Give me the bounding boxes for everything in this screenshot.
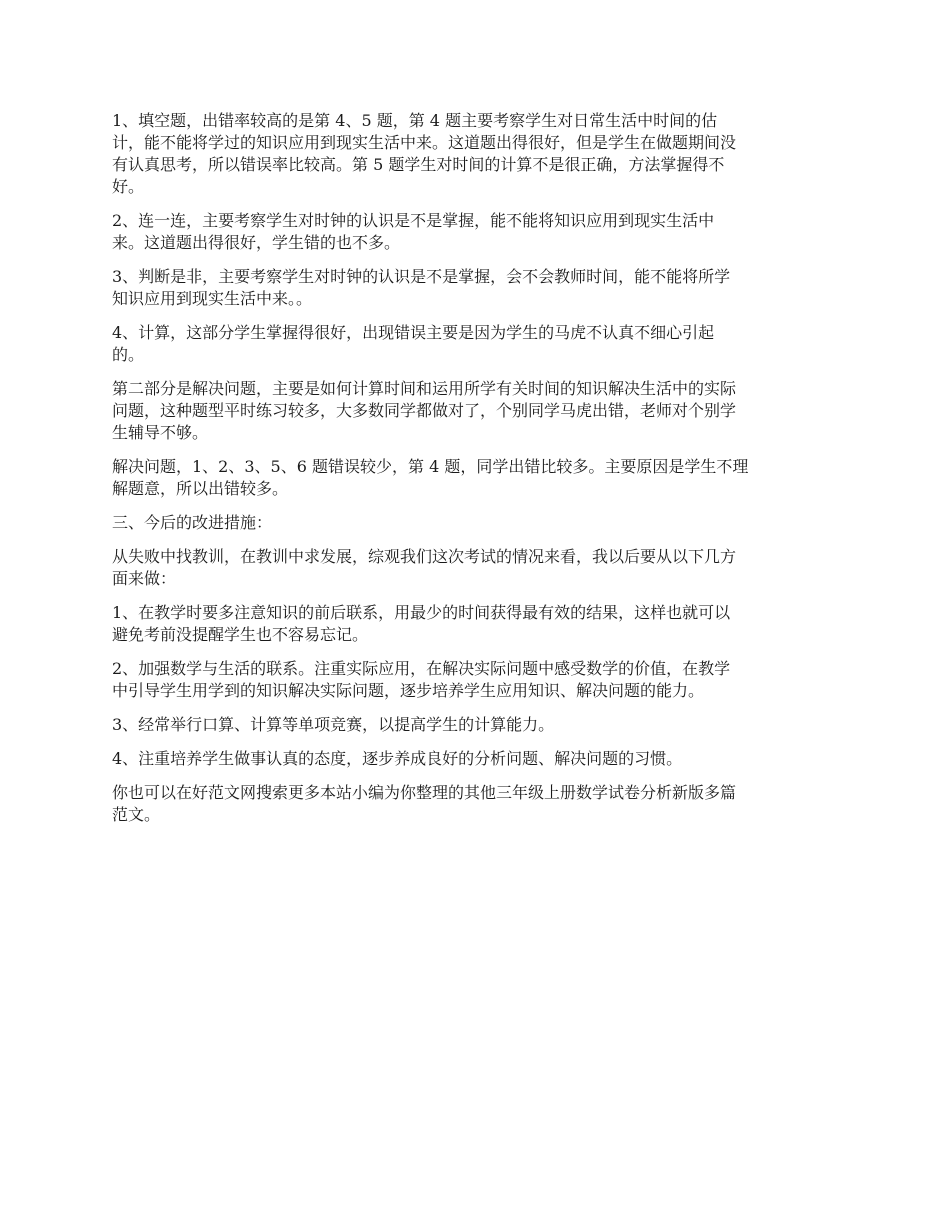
paragraph-closing-note: 你也可以在好范文网搜索更多本站小编为你整理的其他三年级上册数学试卷分析新版多篇 … bbox=[112, 782, 842, 826]
text-line: 有认真思考，所以错误率比较高。第 5 题学生对时间的计算不是很正确，方法掌握得不 bbox=[112, 154, 842, 176]
text-line: 计，能不能将学过的知识应用到现实生活中来。这道题出得很好，但是学生在做题期间没 bbox=[112, 132, 842, 154]
section-heading-improvement-measures: 三、今后的改进措施： bbox=[112, 512, 842, 534]
text-line: 知识应用到现实生活中来。。 bbox=[112, 288, 842, 310]
paragraph-matching-analysis: 2、连一连，主要考察学生对时钟的认识是不是掌握，能不能将知识应用到现实生活中 来… bbox=[112, 210, 842, 254]
paragraph-measure-2: 2、加强数学与生活的联系。注重实际应用，在解决实际问题中感受数学的价值，在教学 … bbox=[112, 658, 842, 702]
text-line: 解决问题，1、2、3、5、6 题错误较少，第 4 题，同学出错比较多。主要原因是… bbox=[112, 456, 842, 478]
text-line: 4、计算，这部分学生掌握得很好，出现错误主要是因为学生的马虎不认真不细心引起 bbox=[112, 322, 842, 344]
text-line: 来。这道题出得很好，学生错的也不多。 bbox=[112, 232, 842, 254]
paragraph-measure-3: 3、经常举行口算、计算等单项竞赛，以提高学生的计算能力。 bbox=[112, 714, 842, 736]
text-line: 生辅导不够。 bbox=[112, 422, 842, 444]
paragraph-measure-4: 4、注重培养学生做事认真的态度，逐步养成良好的分析问题、解决问题的习惯。 bbox=[112, 748, 842, 770]
text-line: 从失败中找教训，在教训中求发展，综观我们这次考试的情况来看，我以后要从以下几方 bbox=[112, 546, 842, 568]
paragraph-measure-1: 1、在教学时要多注意知识的前后联系，用最少的时间获得最有效的结果，这样也就可以 … bbox=[112, 602, 842, 646]
text-line: 3、经常举行口算、计算等单项竞赛，以提高学生的计算能力。 bbox=[112, 714, 842, 736]
paragraph-fill-in-blank-analysis: 1、填空题，出错率较高的是第 4、5 题，第 4 题主要考察学生对日常生活中时间… bbox=[112, 110, 842, 198]
text-line: 1、填空题，出错率较高的是第 4、5 题，第 4 题主要考察学生对日常生活中时间… bbox=[112, 110, 842, 132]
text-line: 范文。 bbox=[112, 804, 842, 826]
text-line: 好。 bbox=[112, 176, 842, 198]
paragraph-calculation-analysis: 4、计算，这部分学生掌握得很好，出现错误主要是因为学生的马虎不认真不细心引起 的… bbox=[112, 322, 842, 366]
text-line: 2、连一连，主要考察学生对时钟的认识是不是掌握，能不能将知识应用到现实生活中 bbox=[112, 210, 842, 232]
text-line: 2、加强数学与生活的联系。注重实际应用，在解决实际问题中感受数学的价值，在教学 bbox=[112, 658, 842, 680]
document-page: 1、填空题，出错率较高的是第 4、5 题，第 4 题主要考察学生对日常生活中时间… bbox=[112, 110, 842, 838]
text-line: 1、在教学时要多注意知识的前后联系，用最少的时间获得最有效的结果，这样也就可以 bbox=[112, 602, 842, 624]
paragraph-improvement-intro: 从失败中找教训，在教训中求发展，综观我们这次考试的情况来看，我以后要从以下几方 … bbox=[112, 546, 842, 590]
paragraph-part-two-problem-solving: 第二部分是解决问题，主要是如何计算时间和运用所学有关时间的知识解决生活中的实际 … bbox=[112, 378, 842, 444]
text-line: 第二部分是解决问题，主要是如何计算时间和运用所学有关时间的知识解决生活中的实际 bbox=[112, 378, 842, 400]
text-line: 中引导学生用学到的知识解决实际问题，逐步培养学生应用知识、解决问题的能力。 bbox=[112, 680, 842, 702]
text-line: 面来做： bbox=[112, 568, 842, 590]
paragraph-true-false-analysis: 3、判断是非，主要考察学生对时钟的认识是不是掌握，会不会教师时间，能不能将所学 … bbox=[112, 266, 842, 310]
paragraph-problem-solving-errors: 解决问题，1、2、3、5、6 题错误较少，第 4 题，同学出错比较多。主要原因是… bbox=[112, 456, 842, 500]
text-line: 你也可以在好范文网搜索更多本站小编为你整理的其他三年级上册数学试卷分析新版多篇 bbox=[112, 782, 842, 804]
text-line: 4、注重培养学生做事认真的态度，逐步养成良好的分析问题、解决问题的习惯。 bbox=[112, 748, 842, 770]
text-line: 问题，这种题型平时练习较多，大多数同学都做对了，个别同学马虎出错，老师对个别学 bbox=[112, 400, 842, 422]
text-line: 三、今后的改进措施： bbox=[112, 512, 842, 534]
text-line: 3、判断是非，主要考察学生对时钟的认识是不是掌握，会不会教师时间，能不能将所学 bbox=[112, 266, 842, 288]
text-line: 的。 bbox=[112, 344, 842, 366]
text-line: 避免考前没提醒学生也不容易忘记。 bbox=[112, 624, 842, 646]
text-line: 解题意，所以出错较多。 bbox=[112, 478, 842, 500]
